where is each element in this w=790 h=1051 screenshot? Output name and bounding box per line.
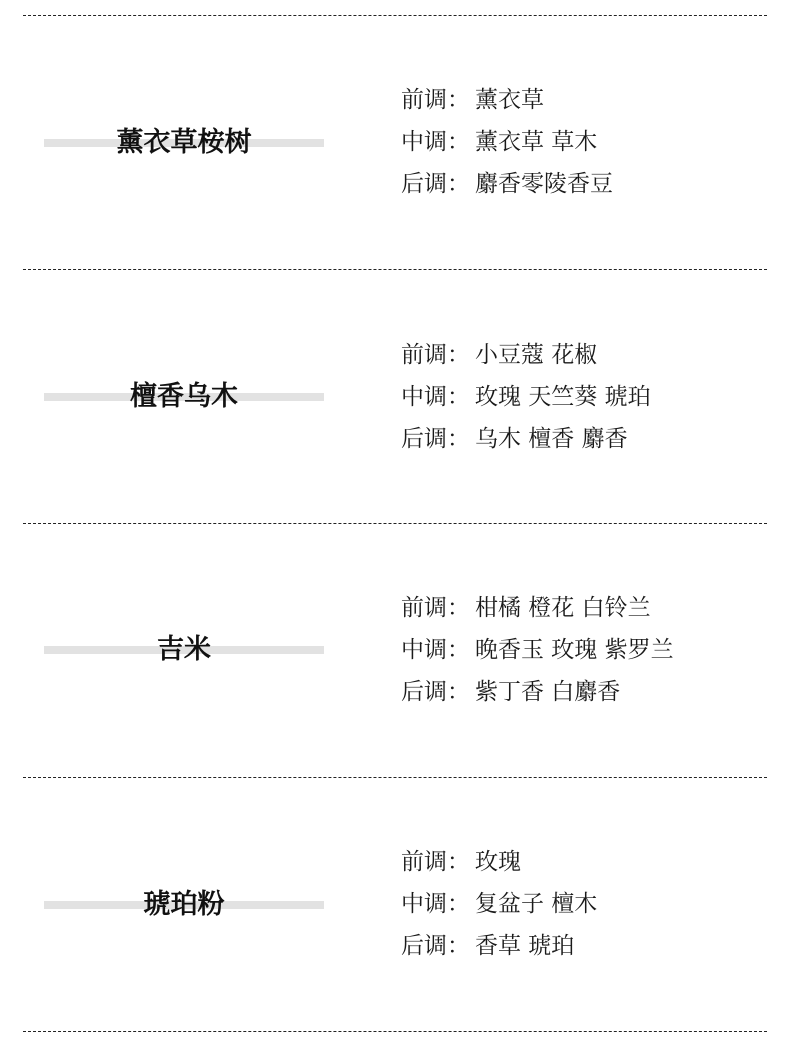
base-note-row: 后调：乌木 檀香 麝香 [401,418,651,460]
top-note-label: 前调： [401,334,475,376]
middle-note-row: 中调：晚香玉 玫瑰 紫罗兰 [401,629,674,671]
fragrance-name: 琥珀粉 [44,888,324,922]
base-note-row: 后调：紫丁香 白麝香 [401,671,674,713]
base-note-label: 后调： [401,163,475,205]
base-note-label: 后调： [401,418,475,460]
top-note-value: 玫瑰 [475,849,521,875]
top-note-row: 前调：小豆蔻 花椒 [401,334,651,376]
section-divider [23,1031,767,1032]
top-note-row: 前调：薰衣草 [401,79,613,121]
top-note-label: 前调： [401,587,475,629]
fragrance-section: 檀香乌木 前调：小豆蔻 花椒 中调：玫瑰 天竺葵 琥珀 后调：乌木 檀香 麝香 [0,270,790,523]
middle-note-row: 中调：玫瑰 天竺葵 琥珀 [401,376,651,418]
base-note-value: 香草 琥珀 [475,933,574,959]
fragrance-name: 吉米 [44,633,324,667]
middle-note-row: 中调：薰衣草 草木 [401,121,613,163]
top-note-value: 薰衣草 [475,87,544,113]
middle-note-label: 中调： [401,376,475,418]
middle-note-value: 复盆子 檀木 [475,891,597,917]
middle-note-value: 晚香玉 玫瑰 紫罗兰 [475,637,674,663]
base-note-label: 后调： [401,671,475,713]
top-note-value: 柑橘 橙花 白铃兰 [475,595,651,621]
top-note-label: 前调： [401,841,475,883]
fragrance-name: 薰衣草桉树 [44,126,324,160]
base-note-label: 后调： [401,925,475,967]
notes-list: 前调：柑橘 橙花 白铃兰 中调：晚香玉 玫瑰 紫罗兰 后调：紫丁香 白麝香 [401,587,674,713]
fragrance-section: 琥珀粉 前调：玫瑰 中调：复盆子 檀木 后调：香草 琥珀 [0,778,790,1031]
notes-list: 前调：薰衣草 中调：薰衣草 草木 后调：麝香零陵香豆 [401,79,613,205]
base-note-value: 麝香零陵香豆 [475,171,613,197]
middle-note-label: 中调： [401,883,475,925]
top-note-row: 前调：柑橘 橙花 白铃兰 [401,587,674,629]
top-note-row: 前调：玫瑰 [401,841,597,883]
base-note-row: 后调：香草 琥珀 [401,925,597,967]
fragrance-section: 薰衣草桉树 前调：薰衣草 中调：薰衣草 草木 后调：麝香零陵香豆 [0,16,790,269]
fragrance-name: 檀香乌木 [44,380,324,414]
base-note-value: 乌木 檀香 麝香 [475,426,628,452]
fragrance-section: 吉米 前调：柑橘 橙花 白铃兰 中调：晚香玉 玫瑰 紫罗兰 后调：紫丁香 白麝香 [0,524,790,777]
notes-list: 前调：小豆蔻 花椒 中调：玫瑰 天竺葵 琥珀 后调：乌木 檀香 麝香 [401,334,651,460]
middle-note-label: 中调： [401,121,475,163]
notes-list: 前调：玫瑰 中调：复盆子 檀木 后调：香草 琥珀 [401,841,597,967]
middle-note-row: 中调：复盆子 檀木 [401,883,597,925]
base-note-row: 后调：麝香零陵香豆 [401,163,613,205]
middle-note-value: 薰衣草 草木 [475,129,597,155]
top-note-label: 前调： [401,79,475,121]
top-note-value: 小豆蔻 花椒 [475,342,597,368]
base-note-value: 紫丁香 白麝香 [475,679,620,705]
middle-note-value: 玫瑰 天竺葵 琥珀 [475,384,651,410]
middle-note-label: 中调： [401,629,475,671]
